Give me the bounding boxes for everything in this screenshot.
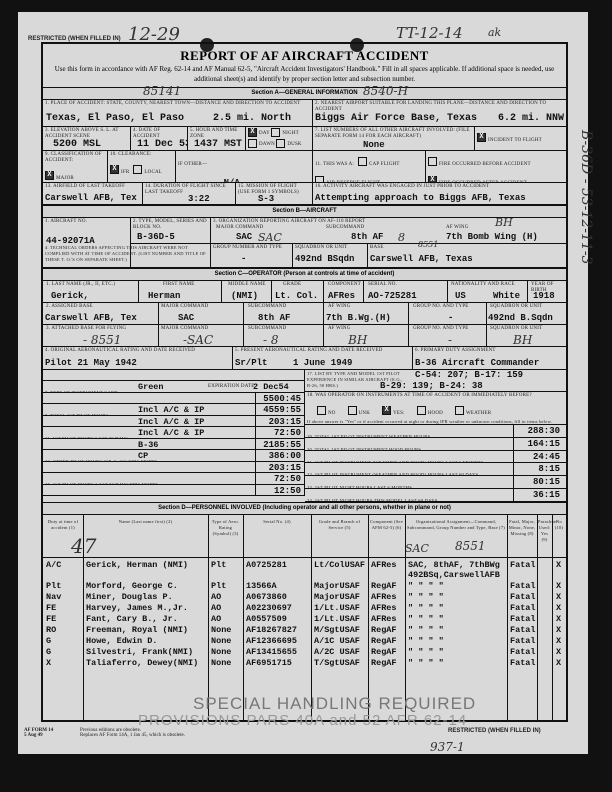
operator-name-row: 1. Last Name (Jr., II, etc.) Gerick, Fir… bbox=[43, 281, 566, 303]
provisions-stamp: PROVISIONS PARS 40A and 52 AFR 62-14 bbox=[138, 712, 467, 729]
experience-row: 13. Other Pilot Hours (CP, C, SC) This M… bbox=[43, 450, 305, 462]
personnel-org-continued: 492BSq,CarswellAFB bbox=[408, 570, 500, 580]
personnel-org: " " " " bbox=[408, 603, 444, 613]
personnel-grade: M/SgtUSAF bbox=[314, 625, 360, 635]
instrument-hours-row: 23. 1st Pilot Night Hours Last 6 Months8… bbox=[305, 476, 566, 489]
personnel-chute-no: X bbox=[556, 560, 561, 570]
personnel-serial: A0725281 bbox=[246, 560, 287, 570]
attached-base-row: 3. Attached Base for Flying - 8551 Major… bbox=[43, 325, 566, 347]
handwritten-8551: 8551 bbox=[418, 240, 438, 249]
personnel-grade: A/2C USAF bbox=[314, 647, 360, 657]
personnel-name: Harvey, James M.,Jr. bbox=[86, 603, 188, 613]
experience-row: 11. 1st Pilot Hours Last 30 DaysIncl A/C… bbox=[43, 427, 305, 439]
column-header: Parachute Used: Yes (9) bbox=[538, 519, 551, 543]
handwritten-page-number: 937-1 bbox=[430, 740, 465, 754]
instrument-hours-row: 19. Total 1st Pilot Instrument Weather H… bbox=[305, 425, 566, 438]
personnel-component: AFRes bbox=[371, 614, 397, 624]
personnel-rating: AO bbox=[211, 614, 221, 624]
date-field: 4. Date of Accident 11 Dec 53 bbox=[131, 127, 188, 151]
personnel-org: " " " " bbox=[408, 592, 444, 602]
column-header: Fatal, Major, Minor, None, Missing (8) bbox=[508, 519, 536, 537]
night-checkbox[interactable] bbox=[271, 128, 280, 137]
instrument-hours-row: 22. 1st Pilot Instrument (Weather and Ho… bbox=[305, 463, 566, 476]
personnel-grade: 1/Lt.USAF bbox=[314, 603, 360, 613]
fire-before-checkbox[interactable] bbox=[428, 157, 437, 166]
handwritten-section-a-right: 8540-H bbox=[363, 84, 408, 98]
personnel-rating: None bbox=[211, 647, 231, 657]
flight-type-field: 11. This was a: CAP Flight Air Reserve F… bbox=[313, 151, 426, 183]
personnel-grade: 1/Lt.USAF bbox=[314, 614, 360, 624]
column-header: Organizational Assignment—Command, Subco… bbox=[406, 519, 506, 531]
personnel-grade: A/1C USAF bbox=[314, 636, 360, 646]
flying-experience-header: OPERATOR'S FLYING EXPERIENCE (Including … bbox=[43, 370, 305, 381]
ifr-checkbox[interactable]: X bbox=[110, 165, 119, 174]
personnel-name: Silvestri, Frank(NMI) bbox=[86, 647, 193, 657]
instruments-weather-checkbox[interactable] bbox=[455, 406, 464, 415]
instruments-unk-checkbox[interactable] bbox=[348, 406, 357, 415]
experience-row: 10. 1st Pilot Hours Last 90 DaysIncl A/C… bbox=[43, 416, 305, 428]
experience-row: 16. Total Time Spent in Air During 24 Hr… bbox=[43, 485, 305, 497]
personnel-serial: AF18267827 bbox=[246, 625, 297, 635]
instrument-hours-row: 21. 1st Pilot Instrument (Weather and Ho… bbox=[305, 451, 566, 464]
personnel-injury: Fatal bbox=[510, 560, 536, 570]
personnel-duty: A/C bbox=[46, 560, 61, 570]
personnel-name: Howe, Edwin D. bbox=[86, 636, 157, 646]
personnel-rating: Plt bbox=[211, 560, 226, 570]
classification-field: 9. Classification of Accident: XMajor Mi… bbox=[43, 151, 108, 183]
personnel-duty: G bbox=[46, 636, 51, 646]
nearest-airport-field: 2. Nearest Airport Suitable for landing … bbox=[313, 100, 566, 127]
column-header: Name (Last name first) (2) bbox=[84, 519, 207, 525]
experience-row: 8. Total Pilot (1st Pilot, Copilot, Comm… bbox=[43, 393, 305, 405]
personnel-rating: None bbox=[211, 625, 231, 635]
personnel-injury: Fatal bbox=[510, 581, 536, 591]
instrument-hours-row: 20. Total 1st Pilot Instrument Hood Hour… bbox=[305, 438, 566, 451]
local-checkbox[interactable] bbox=[133, 165, 142, 174]
personnel-component: RegAF bbox=[371, 658, 397, 668]
experience-row: 15. 1st Pilot Hours Last 30 Days This Mo… bbox=[43, 473, 305, 485]
personnel-name: Gerick, Herman (NMI) bbox=[86, 560, 188, 570]
instruments-no-checkbox[interactable] bbox=[317, 406, 326, 415]
airfield-last-takeoff-field: 13. Airfield of Last Takeoff Carswell AF… bbox=[43, 183, 143, 205]
personnel-duty: Plt bbox=[46, 581, 61, 591]
personnel-name: Fant, Cary B., Jr. bbox=[86, 614, 178, 624]
fire-field: Fire Occurred Before Accident XFire Occu… bbox=[426, 151, 566, 183]
personnel-org: " " " " bbox=[408, 614, 444, 624]
present-rating-field: 5. Present Aeronautical Rating and Date … bbox=[233, 347, 413, 370]
experience-row: 14. 1st Pilot Hours Last 90 Days This Mo… bbox=[43, 462, 305, 474]
day-checkbox[interactable]: X bbox=[248, 128, 257, 137]
personnel-name: Taliaferro, Dewey(NMI) bbox=[86, 658, 198, 668]
personnel-org: " " " " bbox=[408, 658, 444, 668]
document-page: RESTRICTED (WHEN FILLED IN) 12-29 TT-12-… bbox=[18, 12, 588, 754]
personnel-component: RegAF bbox=[371, 581, 397, 591]
section-d-header: Section D—PERSONNEL INVOLVED (Including … bbox=[43, 502, 566, 515]
personnel-duty: FE bbox=[46, 603, 56, 613]
column-header: Type of Aero. Rating (Symbol) (3) bbox=[209, 519, 242, 537]
personnel-chute-no: X bbox=[556, 658, 561, 668]
section-c-header: Section C—OPERATOR (Person at controls a… bbox=[43, 268, 566, 281]
form-instructions: Use this form in accordance with AF Reg.… bbox=[49, 64, 560, 84]
base-field: Base Carswell AFB, Texas bbox=[368, 244, 566, 268]
personnel-injury: Fatal bbox=[510, 636, 536, 646]
technical-orders-field: 4. Technical Orders affecting this aircr… bbox=[43, 244, 211, 268]
cap-flight-checkbox[interactable] bbox=[358, 157, 367, 166]
personnel-org: " " " " bbox=[408, 647, 444, 657]
personnel-injury: Fatal bbox=[510, 625, 536, 635]
personnel-name: Freeman, Royal (NMI) bbox=[86, 625, 188, 635]
personnel-component: AFRes bbox=[371, 592, 397, 602]
clearance-field: 10. Clearance: XIFR Local VFR Other bbox=[108, 151, 176, 183]
personnel-injury: Fatal bbox=[510, 592, 536, 602]
personnel-duty: FE bbox=[46, 614, 56, 624]
column-header: Duty at time of accident (1) bbox=[44, 519, 82, 531]
personnel-chute-no: X bbox=[556, 636, 561, 646]
handwritten-8: 8 bbox=[398, 231, 405, 244]
personnel-injury: Fatal bbox=[510, 658, 536, 668]
personnel-injury: Fatal bbox=[510, 647, 536, 657]
form-title: REPORT OF AF AIRCRAFT ACCIDENT bbox=[43, 48, 566, 64]
if-other-field: If Other— From: N/A To: bbox=[176, 151, 313, 183]
instruments-hood-checkbox[interactable] bbox=[417, 406, 426, 415]
personnel-injury: Fatal bbox=[510, 614, 536, 624]
handwritten-initials: ak bbox=[488, 26, 501, 39]
personnel-chute-no: X bbox=[556, 614, 561, 624]
personnel-component: RegAF bbox=[371, 636, 397, 646]
personnel-duty: RO bbox=[46, 625, 56, 635]
personnel-grade: Lt/ColUSAF bbox=[314, 560, 365, 570]
personnel-component: AFRes bbox=[371, 560, 397, 570]
personnel-injury: Fatal bbox=[510, 603, 536, 613]
column-header: Grade and Branch of Service (5) bbox=[312, 519, 367, 531]
personnel-serial: A0673860 bbox=[246, 592, 287, 602]
personnel-component: RegAF bbox=[371, 625, 397, 635]
margin-annotation: B-36D - 53-12-11-3 bbox=[578, 130, 594, 265]
personnel-component: RegAF bbox=[371, 647, 397, 657]
personnel-org: " " " " bbox=[408, 625, 444, 635]
column-header: No (10) bbox=[553, 519, 565, 531]
column-header: Component (See AFM 62-5) (6) bbox=[369, 519, 404, 531]
personnel-serial: A02230697 bbox=[246, 603, 292, 613]
instruments-yes-checkbox[interactable]: X bbox=[382, 406, 391, 415]
personnel-chute-no: X bbox=[556, 625, 561, 635]
section-b-header: Section B—AIRCRAFT bbox=[43, 205, 566, 218]
on-instruments-field: 18. Was Operator on Instruments at Time … bbox=[305, 392, 566, 425]
section-a-header: Section A—GENERAL INFORMATION bbox=[43, 87, 566, 100]
personnel-serial: A0557509 bbox=[246, 614, 287, 624]
fire-after-checkbox[interactable]: X bbox=[428, 176, 437, 183]
handwritten-sac: SAC bbox=[258, 231, 282, 244]
accident-report-form: REPORT OF AF AIRCRAFT ACCIDENT Use this … bbox=[41, 42, 568, 722]
experience-row: 7. Type of Instrument CardGreenExpiratio… bbox=[43, 381, 305, 393]
personnel-rating: None bbox=[211, 658, 231, 668]
personnel-chute-no: X bbox=[556, 647, 561, 657]
personnel-serial: AF12366695 bbox=[246, 636, 297, 646]
group-field: Group Number and Type - bbox=[211, 244, 293, 268]
experience-row: 9. Total 1st Pilot HoursIncl A/C & IP455… bbox=[43, 404, 305, 416]
personnel-duty: X bbox=[46, 658, 51, 668]
personnel-serial: AF6951715 bbox=[246, 658, 292, 668]
other-aircraft-field: 7. List Numbers of All Other Aircraft In… bbox=[313, 127, 475, 151]
flight-duration-field: 14. Duration of Flight Since Last Takeof… bbox=[143, 183, 236, 205]
special-handling-stamp: SPECIAL HANDLING REQUIRED bbox=[193, 694, 476, 714]
incident-checkbox[interactable]: X bbox=[477, 133, 486, 142]
dawn-checkbox[interactable] bbox=[248, 139, 257, 148]
mission-field: 15. Mission of Flight (Use Form 1 Symbol… bbox=[236, 183, 313, 205]
light-conditions-field: XDay Night Dawn Dusk bbox=[246, 127, 313, 151]
assigned-base-row: 2. Assigned Base Carswell AFB, Tex Major… bbox=[43, 303, 566, 325]
personnel-org: " " " " bbox=[408, 636, 444, 646]
personnel-duty: Nav bbox=[46, 592, 61, 602]
personnel-serial: AF13415655 bbox=[246, 647, 297, 657]
handwritten-reference: TT-12-14 bbox=[396, 24, 463, 42]
handwritten-section-a-left: 85141 bbox=[143, 84, 181, 98]
squadron-field: Squadron or Unit 492nd BSqdn bbox=[293, 244, 368, 268]
personnel-table-header: Duty at time of accident (1)Name (Last n… bbox=[43, 515, 566, 558]
personnel-grade: MajorUSAF bbox=[314, 581, 360, 591]
personnel-org: " " " " bbox=[408, 581, 444, 591]
major-checkbox[interactable]: X bbox=[45, 171, 54, 180]
personnel-name: Morford, George C. bbox=[86, 581, 178, 591]
primary-duty-field: 6. Primary Duty Assignment B-36 Aircraft… bbox=[413, 347, 566, 370]
personnel-rating: Plt bbox=[211, 581, 226, 591]
personnel-rating: None bbox=[211, 636, 231, 646]
personnel-chute-no: X bbox=[556, 592, 561, 602]
similar-aircraft-field: 17. List by Type and Model 1st Pilot Exp… bbox=[305, 370, 566, 392]
air-reserve-checkbox[interactable] bbox=[315, 176, 324, 183]
handwritten-sac-d: SAC bbox=[405, 542, 429, 555]
personnel-chute-no: X bbox=[556, 581, 561, 591]
elevation-field: 3. Elevation Above S. L. at accident sce… bbox=[43, 127, 131, 151]
column-header: Serial No. (4) bbox=[244, 519, 310, 525]
personnel-chute-no: X bbox=[556, 603, 561, 613]
personnel-duty: G bbox=[46, 647, 51, 657]
form-id: AF FORM 145 Aug 49 bbox=[24, 728, 53, 738]
personnel-rating: AO bbox=[211, 603, 221, 613]
personnel-grade: MajorUSAF bbox=[314, 592, 360, 602]
activity-field: 16. Activity Aircraft Was Engaged in Jus… bbox=[313, 183, 566, 205]
personnel-serial: 13566A bbox=[246, 581, 277, 591]
dusk-checkbox[interactable] bbox=[276, 139, 285, 148]
personnel-grade: T/SgtUSAF bbox=[314, 658, 360, 668]
personnel-org: SAC, 8thAF, 7thBWg bbox=[408, 560, 500, 570]
handwritten-bh: BH bbox=[495, 216, 513, 229]
personnel-rating: AO bbox=[211, 592, 221, 602]
aircraft-type-field: 2. Type, Model, Series and Block No. B-3… bbox=[131, 218, 211, 244]
restricted-marking-bottom: RESTRICTED (WHEN FILLED IN) bbox=[448, 728, 541, 734]
incident-field: XIncident to Flight Not Incident to Flig… bbox=[475, 127, 566, 151]
original-rating-field: 4. Original Aeronautical Rating and Date… bbox=[43, 347, 233, 370]
place-of-accident-field: 1. Place of Accident: State, county, nea… bbox=[43, 100, 313, 127]
personnel-name: Miner, Douglas P. bbox=[86, 592, 173, 602]
form-notice: Previous editions are obsolete.Replaces … bbox=[80, 728, 185, 738]
time-field: 5. Hour and Time Zone 1437 MST bbox=[188, 127, 246, 151]
experience-row: 12. 1st Pilot Hours This Model (B-25, F-… bbox=[43, 439, 305, 451]
handwritten-8551-d: 8551 bbox=[455, 539, 486, 553]
instrument-hours-row: 24. 1st Pilot Night Hours THIS MODEL Las… bbox=[305, 489, 566, 502]
personnel-component: AFRes bbox=[371, 603, 397, 613]
